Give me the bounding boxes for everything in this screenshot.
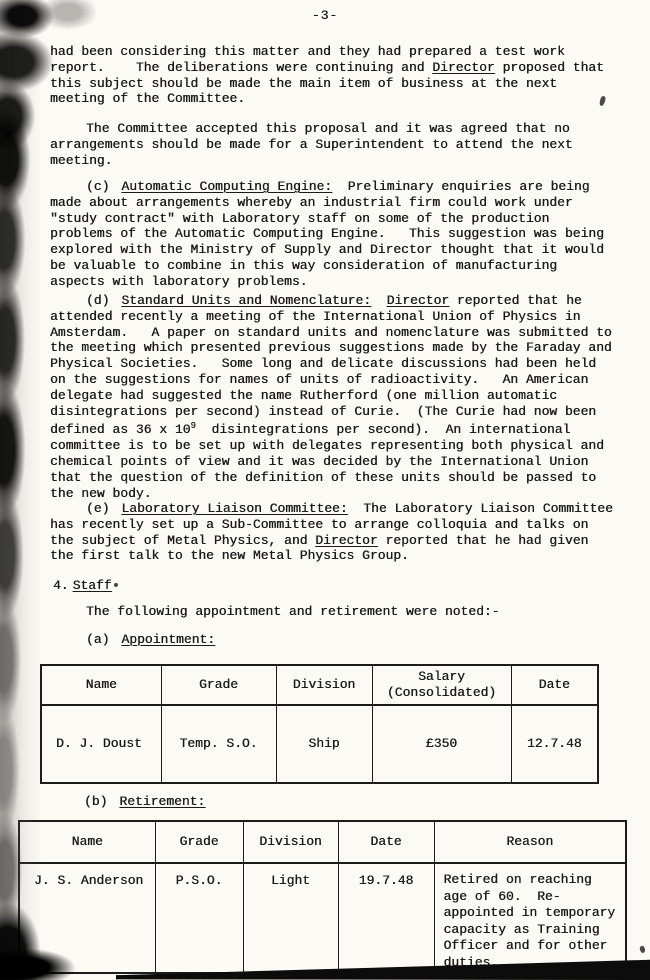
table-row: J. S. Anderson P.S.O. Light 19.7.48 Reti… — [19, 863, 626, 973]
underlined-word-director: Director — [432, 60, 494, 75]
table-cell-salary: £350 — [372, 705, 511, 783]
staff-intro-line: The following appointment and retirement… — [86, 604, 499, 620]
item-d-standard-units: (d)Standard Units and Nomenclature: Dire… — [50, 293, 614, 501]
paragraph-text — [371, 293, 387, 308]
item-heading: Automatic Computing Engine: — [121, 179, 332, 194]
ink-speck — [639, 945, 646, 953]
table-header-cell: Grade — [161, 665, 276, 705]
paragraph-text: The Committee accepted this proposal and… — [50, 121, 581, 168]
table-header-row: Name Grade Division Date Reason — [19, 821, 626, 863]
table-cell-name: D. J. Doust — [41, 705, 161, 783]
item-c-automatic-computing-engine: (c)Automatic Computing Engine: Prelimina… — [50, 179, 614, 290]
item-label: (c) — [86, 179, 109, 194]
table-cell-division: Light — [243, 863, 338, 973]
table-row: D. J. Doust Temp. S.O. Ship £350 12.7.48 — [41, 705, 598, 783]
underlined-word-director: Director — [387, 293, 449, 308]
table-header-cell: Reason — [434, 821, 626, 863]
item-label: (a) — [86, 632, 109, 647]
item-heading: Retirement: — [119, 794, 205, 809]
paragraph-text: reported that he attended recently a mee… — [50, 293, 620, 437]
table-cell-grade: P.S.O. — [155, 863, 243, 973]
item-b-retirement-heading: (b)Retirement: — [84, 794, 205, 810]
item-label: (d) — [86, 293, 109, 308]
paragraph-continuation: had been considering this matter and the… — [50, 44, 606, 107]
table-header-cell: Date — [511, 665, 598, 705]
table-cell-name: J. S. Anderson — [19, 863, 155, 973]
table-header-cell: Division — [243, 821, 338, 863]
section-number: 4. — [53, 578, 69, 593]
item-a-appointment-heading: (a)Appointment: — [86, 632, 215, 648]
table-header-cell: Date — [338, 821, 434, 863]
table-header-cell: Salary (Consolidated) — [372, 665, 511, 705]
item-label: (e) — [86, 501, 109, 516]
item-e-laboratory-liaison-committee: (e)Laboratory Liaison Committee: The Lab… — [50, 501, 614, 564]
paragraph-text: Preliminary enquiries are being made abo… — [50, 179, 612, 289]
table-cell-date: 12.7.48 — [511, 705, 598, 783]
paragraph-text: The following appointment and retirement… — [86, 604, 499, 619]
item-label: (b) — [84, 794, 107, 809]
table-header-cell: Grade — [155, 821, 243, 863]
table-cell-reason: Retired on reaching age of 60. Re-appoin… — [434, 863, 626, 973]
table-header-cell: Name — [19, 821, 155, 863]
section-title: Staff — [73, 578, 112, 593]
item-heading: Appointment: — [121, 632, 215, 647]
item-heading: Laboratory Liaison Committee: — [121, 501, 347, 516]
table-header-cell: Division — [276, 665, 372, 705]
table-cell-date: 19.7.48 — [338, 863, 434, 973]
table-cell-division: Ship — [276, 705, 372, 783]
section-4-staff-heading: 4.Staff — [53, 578, 112, 594]
scanned-document-page: -3- had been considering this matter and… — [0, 0, 650, 980]
appointment-table: Name Grade Division Salary (Consolidated… — [40, 664, 599, 784]
underlined-word-director: Director — [315, 533, 377, 548]
retirement-table: Name Grade Division Date Reason J. S. An… — [18, 820, 627, 974]
ink-speck — [114, 583, 118, 587]
page-number: -3- — [0, 8, 650, 24]
table-cell-grade: Temp. S.O. — [161, 705, 276, 783]
paragraph-committee-accepted: The Committee accepted this proposal and… — [50, 121, 606, 168]
table-header-row: Name Grade Division Salary (Consolidated… — [41, 665, 598, 705]
item-heading: Standard Units and Nomenclature: — [121, 293, 371, 308]
table-header-cell: Name — [41, 665, 161, 705]
